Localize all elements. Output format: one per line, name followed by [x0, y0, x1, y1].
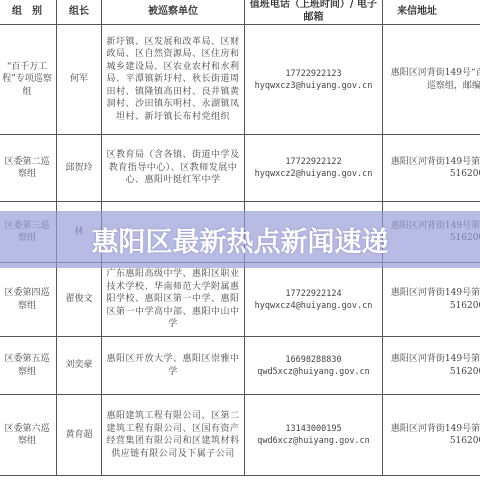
cell-leader: 黄育超 [57, 395, 102, 476]
cell-leader: 何军 [57, 25, 102, 135]
cell-units: 惠阳区开放大学、惠阳区崇雅中学 [102, 337, 245, 395]
cell-phone: 13143000195 [249, 423, 378, 435]
table-row: 区委第二巡察组 邱贺玲 区教育局（含各镇、街道中学及教育指导中心）、区教师发展中… [0, 135, 480, 202]
cell-leader: 邱贺玲 [57, 135, 102, 202]
cell-units: 惠阳建筑工程有限公司、区第二建筑工程有限公司、区国有资产经营集团有限公司和区建筑… [102, 395, 245, 476]
cell-group: 区委第四巡察组 [0, 263, 57, 337]
cell-email: hyqwxcz2@huiyang.gov.cn [249, 168, 378, 180]
cell-phone: 16698288830 [249, 354, 378, 366]
cell-leader: 翟俊文 [57, 263, 102, 337]
cell-phone: 17722922124 [249, 288, 378, 300]
table-row: 区委第四巡察组 翟俊文 广东惠阳高级中学、惠阳区职业技术学校、华南师范大学附属惠… [0, 263, 480, 337]
cell-email: qwd5xcz@huiyang.gov.cn [249, 366, 378, 378]
cell-group: “百千万工程”专项巡察组 [0, 25, 57, 135]
header-group: 组 别 [0, 0, 57, 25]
header-address: 来信地址 [383, 0, 480, 25]
cell-contact: 17722922124 hyqwxcz4@huiyang.gov.cn [245, 263, 383, 337]
header-units: 被巡察单位 [102, 0, 245, 25]
cell-address: 惠阳区河背街149号“百千万工程”专项巡察组，邮编：516 [383, 25, 480, 135]
cell-contact: 17722922122 hyqwxcz2@huiyang.gov.cn [245, 135, 383, 202]
cell-address: 惠阳区河背街149号第二巡察组，邮编516200 [383, 135, 480, 202]
cell-email: hyqwxcz4@huiyang.gov.cn [249, 300, 378, 312]
table-header-row: 组 别 组长 被巡察单位 值班电话（上班时间）/ 电子邮箱 来信地址 [0, 0, 480, 25]
cell-leader: 刘奕豪 [57, 337, 102, 395]
table-row: 区委第六巡察组 黄育超 惠阳建筑工程有限公司、区第二建筑工程有限公司、区国有资产… [0, 395, 480, 476]
cell-units: 新圩镇、区发展和改革局、区财政局、区自然资源局、区住房和城乡建设局、区农业农村和… [102, 25, 245, 135]
cell-address: 惠阳区河背街149号第五巡察组，邮编516200 [383, 337, 480, 395]
cell-contact: 13143000195 qwd6xcz@huiyang.gov.cn [245, 395, 383, 476]
cell-contact: 17722922123 hyqwxcz3@huiyang.gov.cn [245, 25, 383, 135]
header-leader: 组长 [57, 0, 102, 25]
cell-units: 区教育局（含各镇、街道中学及教育指导中心）、区教师发展中心、惠阳叶挺红军中学 [102, 135, 245, 202]
header-contact: 值班电话（上班时间）/ 电子邮箱 [245, 0, 383, 25]
cell-phone: 17722922123 [249, 68, 378, 80]
cell-phone: 17722922122 [249, 156, 378, 168]
cell-group: 区委第六巡察组 [0, 395, 57, 476]
news-headline-title[interactable]: 惠阳区最新热点新闻速递 [0, 213, 480, 265]
cell-email: hyqwxcz3@huiyang.gov.cn [249, 80, 378, 92]
cell-contact: 16698288830 qwd5xcz@huiyang.gov.cn [245, 337, 383, 395]
table-row: “百千万工程”专项巡察组 何军 新圩镇、区发展和改革局、区财政局、区自然资源局、… [0, 25, 480, 135]
cell-group: 区委第二巡察组 [0, 135, 57, 202]
cell-units: 广东惠阳高级中学、惠阳区职业技术学校、华南师范大学附属惠阳学校、惠阳区第一中学、… [102, 263, 245, 337]
cell-address: 惠阳区河背街149号第四巡察组，邮编516200 [383, 263, 480, 337]
table-row: 区委第五巡察组 刘奕豪 惠阳区开放大学、惠阳区崇雅中学 16698288830 … [0, 337, 480, 395]
cell-address: 惠阳区河背街149号第六巡察组，邮编516200 [383, 395, 480, 476]
cell-group: 区委第五巡察组 [0, 337, 57, 395]
cell-email: qwd6xcz@huiyang.gov.cn [249, 435, 378, 447]
